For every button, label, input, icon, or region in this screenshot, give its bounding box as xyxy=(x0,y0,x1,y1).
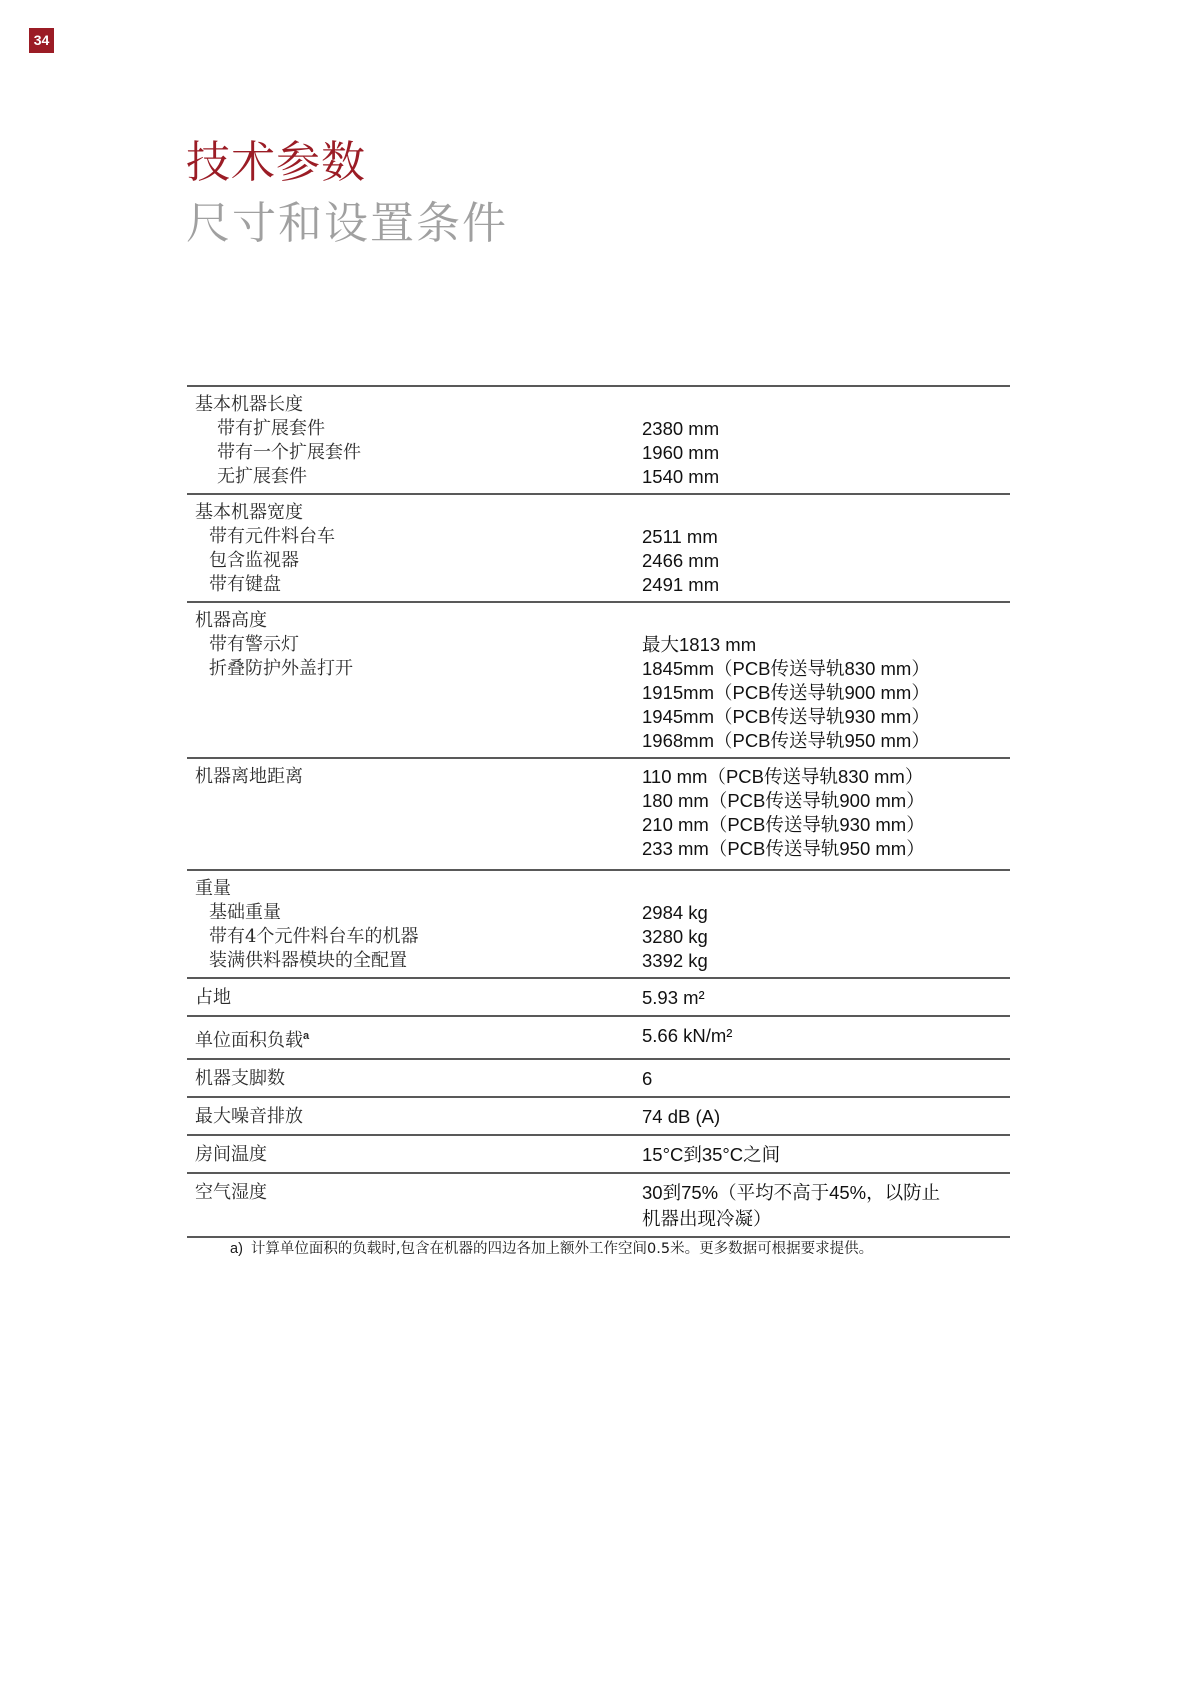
spec-row-room-temperature: 房间温度15°C到35°C之间 xyxy=(187,1134,1010,1172)
footnote: a)计算单位面积的负载时,包含在机器的四边各加上额外工作空间0.5米。更多数据可… xyxy=(230,1237,873,1258)
spec-label: 包含监视器 xyxy=(187,549,642,573)
spec-heading: 基本机器宽度 xyxy=(187,501,642,525)
spec-value: 2491 mm xyxy=(642,573,1010,597)
spec-row-footprint: 占地5.93 m² xyxy=(187,977,1010,1015)
footnote-mark: a) xyxy=(230,1241,243,1257)
spec-row-humidity: 空气湿度30到75%（平均不高于45%，以防止 机器出现冷凝） xyxy=(187,1172,1010,1238)
page-subtitle: 尺寸和设置条件 xyxy=(186,197,508,251)
spec-label: 单位面积负载a xyxy=(187,1023,642,1054)
spec-label: 机器支脚数 xyxy=(187,1066,642,1092)
spec-label xyxy=(187,729,642,753)
spec-label: 带有元件料台车 xyxy=(187,525,642,549)
spec-value: 210 mm（PCB传送导轨930 mm） xyxy=(642,813,1010,837)
spec-value: 1845mm（PCB传送导轨830 mm） xyxy=(642,657,1010,681)
spec-label: 带有一个扩展套件 xyxy=(187,441,642,465)
spec-value: 1540 mm xyxy=(642,465,1010,489)
spec-heading: 基本机器长度 xyxy=(187,393,642,417)
spec-label: 带有警示灯 xyxy=(187,633,642,657)
spec-value: 3392 kg xyxy=(642,949,1010,973)
spec-value: 5.93 m² xyxy=(642,985,1010,1011)
spec-value: 5.66 kN/m² xyxy=(642,1023,1010,1054)
spec-label: 空气湿度 xyxy=(187,1180,642,1206)
spec-label: 带有4个元件料台车的机器 xyxy=(187,925,642,949)
spec-value: 2984 kg xyxy=(642,901,1010,925)
spec-heading: 重量 xyxy=(187,877,642,901)
spec-value: 1960 mm xyxy=(642,441,1010,465)
spec-row-feet-count: 机器支脚数6 xyxy=(187,1058,1010,1096)
spec-heading: 机器高度 xyxy=(187,609,642,633)
spec-label: 带有键盘 xyxy=(187,573,642,597)
spec-label: 最大噪音排放 xyxy=(187,1104,642,1130)
spec-value: 2511 mm xyxy=(642,525,1010,549)
spec-value: 6 xyxy=(642,1066,1010,1092)
footnote-ref: a xyxy=(303,1030,309,1042)
spec-label: 占地 xyxy=(187,985,642,1011)
spec-row-floor-load: 单位面积负载a5.66 kN/m² xyxy=(187,1015,1010,1058)
spec-table: 基本机器长度 带有扩展套件2380 mm 带有一个扩展套件1960 mm 无扩展… xyxy=(187,385,1010,1238)
spec-value: 最大1813 mm xyxy=(642,633,1010,657)
spec-value: 15°C到35°C之间 xyxy=(642,1142,1010,1168)
spec-group-width: 基本机器宽度 带有元件料台车2511 mm 包含监视器2466 mm 带有键盘2… xyxy=(187,493,1010,601)
spec-value: 233 mm（PCB传送导轨950 mm） xyxy=(642,837,1010,861)
spec-label xyxy=(187,705,642,729)
spec-value: 1968mm（PCB传送导轨950 mm） xyxy=(642,729,1010,753)
spec-value: 180 mm（PCB传送导轨900 mm） xyxy=(642,789,1010,813)
footnote-text: 计算单位面积的负载时,包含在机器的四边各加上额外工作空间0.5米。更多数据可根据… xyxy=(251,1241,873,1257)
spec-value: 74 dB (A) xyxy=(642,1104,1010,1130)
spec-value: 30到75%（平均不高于45%，以防止 xyxy=(642,1180,1010,1206)
spec-value: 3280 kg xyxy=(642,925,1010,949)
spec-group-ground-clearance: 机器离地距离110 mm（PCB传送导轨830 mm） 180 mm（PCB传送… xyxy=(187,757,1010,869)
spec-row-noise: 最大噪音排放74 dB (A) xyxy=(187,1096,1010,1134)
spec-label: 带有扩展套件 xyxy=(187,417,642,441)
spec-label xyxy=(187,681,642,705)
spec-label: 装满供料器模块的全配置 xyxy=(187,949,642,973)
spec-label: 折叠防护外盖打开 xyxy=(187,657,642,681)
spec-label: 无扩展套件 xyxy=(187,465,642,489)
spec-label-text: 单位面积负载 xyxy=(195,1030,303,1051)
spec-value: 2380 mm xyxy=(642,417,1010,441)
spec-group-height: 机器高度 带有警示灯最大1813 mm 折叠防护外盖打开1845mm（PCB传送… xyxy=(187,601,1010,757)
spec-heading: 机器离地距离 xyxy=(187,765,642,789)
spec-label: 房间温度 xyxy=(187,1142,642,1168)
spec-value-continued: 机器出现冷凝） xyxy=(642,1206,1010,1232)
spec-value: 2466 mm xyxy=(642,549,1010,573)
spec-value: 110 mm（PCB传送导轨830 mm） xyxy=(642,765,1010,789)
spec-value: 1915mm（PCB传送导轨900 mm） xyxy=(642,681,1010,705)
page-title: 技术参数 xyxy=(186,136,366,190)
spec-group-length: 基本机器长度 带有扩展套件2380 mm 带有一个扩展套件1960 mm 无扩展… xyxy=(187,385,1010,493)
spec-group-weight: 重量 基础重量2984 kg 带有4个元件料台车的机器3280 kg 装满供料器… xyxy=(187,869,1010,977)
page-number-badge: 34 xyxy=(29,28,54,53)
spec-value: 1945mm（PCB传送导轨930 mm） xyxy=(642,705,1010,729)
spec-label: 基础重量 xyxy=(187,901,642,925)
